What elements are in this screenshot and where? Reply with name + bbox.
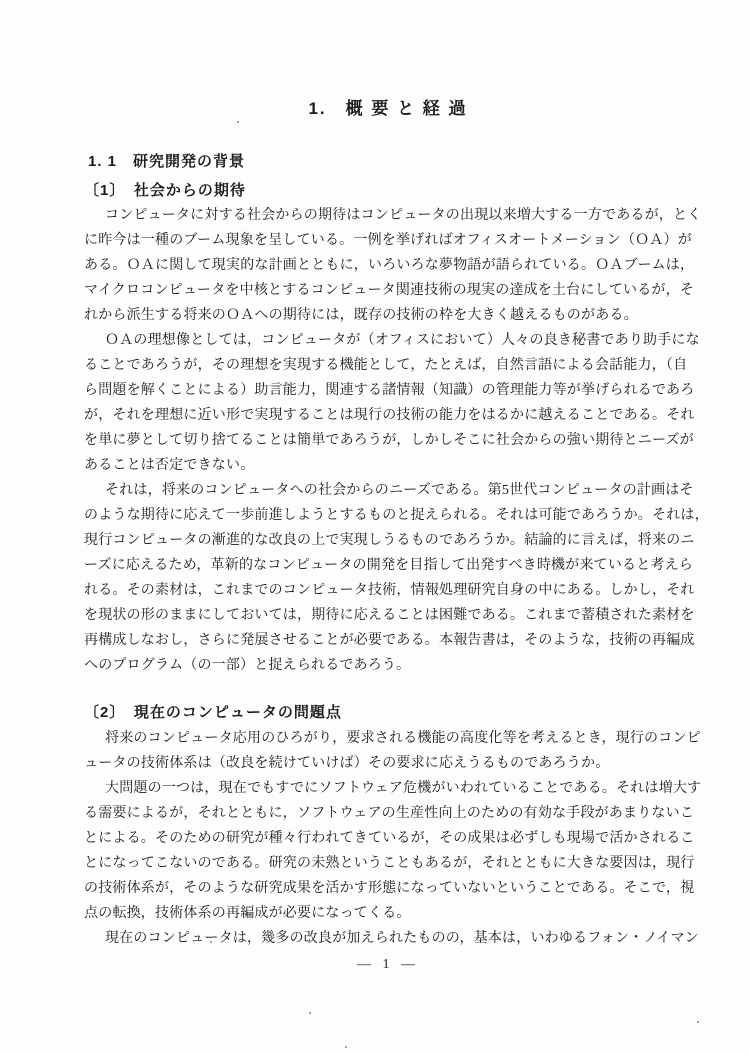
paragraph: 現在のコンピュータは，幾多の改良が加えられたものの，基本は，いわゆるフォン・ノイ… (84, 926, 696, 951)
text-line: 将来のコンピュータ応用のひろがり，要求される機能の高度化等を考えるとき，現行のコ… (84, 726, 696, 751)
text-line: へのプログラム（の一部）と捉えられるであろう。 (84, 653, 696, 678)
text-line: ＯＡの理想像としては，コンピュータが（オフィスにおいて）人々の良き秘書であり助手… (84, 328, 696, 353)
text-line: あることは否定できない。 (84, 453, 696, 478)
scan-speck (237, 121, 239, 123)
subsection-1-heading: 〔1〕 社会からの期待 (84, 179, 246, 200)
text-line: ることであろうが，その理想を実現する機能として，たとえば，自然言語による会話能力… (84, 353, 696, 378)
text-line: 再構成しなおし，さらに発展させることが必要である。本報告書は，そのような，技術の… (84, 628, 696, 653)
text-line: 点の転換，技術体系の再編成が必要になってくる。 (84, 901, 696, 926)
subsection-2-heading: 〔2〕 現在のコンピュータの問題点 (84, 701, 342, 722)
text-line: コンピュータに対する社会からの期待はコンピュータの出現以来増大する一方であるが，… (84, 203, 696, 228)
page-number: — 1 — (84, 957, 692, 973)
text-line: とになってこないのである。研究の未熟ということもあるが，それとともに大きな要因は… (84, 851, 696, 876)
scan-speck (309, 1012, 311, 1014)
text-line: に昨今は一種のブーム現象を呈している。一例を挙げればオフィスオートメーション（Ｏ… (84, 228, 696, 253)
document-page: 1. 概 要 と 経 過 1. 1 研究開発の背景 〔1〕 社会からの期待 コン… (0, 0, 750, 1054)
text-line: 現行コンピュータの漸進的な改良の上で実現しうるものであろうか。結論的に言えば，将… (84, 528, 696, 553)
text-line: ある。ＯＡに関して現実的な計画とともに，いろいろな夢物語が語られている。ＯＡブー… (84, 253, 696, 278)
text-line: が，それを理想に近い形で実現することは現行の技術の能力をはるかに越えることである… (84, 403, 696, 428)
paragraph: 将来のコンピュータ応用のひろがり，要求される機能の高度化等を考えるとき，現行のコ… (84, 726, 696, 776)
text-line: それは，将来のコンピュータへの社会からのニーズである。第5世代コンピュータの計画… (84, 478, 696, 503)
paragraph: それは，将来のコンピュータへの社会からのニーズである。第5世代コンピュータの計画… (84, 478, 696, 678)
paragraph: ＯＡの理想像としては，コンピュータが（オフィスにおいて）人々の良き秘書であり助手… (84, 328, 696, 478)
text-line: れる。その素材は，これまでのコンピュータ技術，情報処理研究自身の中にある。しかし… (84, 578, 696, 603)
paragraph: コンピュータに対する社会からの期待はコンピュータの出現以来増大する一方であるが，… (84, 203, 696, 328)
scan-speck (210, 941, 212, 943)
text-line: 大問題の一つは，現在でもすでにソフトウェア危機がいわれていることである。それは増… (84, 776, 696, 801)
scan-speck (345, 1046, 347, 1048)
text-line: る需要によるが，それとともに，ソフトウェアの生産性向上のための有効な手段があまり… (84, 801, 696, 826)
text-line: 現在のコンピュータは，幾多の改良が加えられたものの，基本は，いわゆるフォン・ノイ… (84, 926, 696, 951)
text-line: とによる。そのための研究が種々行われてきているが，その成果は必ずしも現場で活かさ… (84, 826, 696, 851)
text-line: のような期待に応えて一歩前進しようとするものと捉えられる。それは可能であろうか。… (84, 503, 696, 528)
text-line: れから派生する将来のＯＡへの期待には，既存の技術の枠を大きく越えるものがある。 (84, 303, 696, 328)
page-title: 1. 概 要 と 経 過 (84, 94, 692, 119)
paragraph: 大問題の一つは，現在でもすでにソフトウェア危機がいわれていることである。それは増… (84, 776, 696, 926)
text-line: ーズに応えるため，革新的なコンピュータの開発を目指して出発すべき時機が来ていると… (84, 553, 696, 578)
text-line: を単に夢として切り捨てることは簡単であろうが，しかしそこに社会からの強い期待とニ… (84, 428, 696, 453)
text-line: ら問題を解くことによる）助言能力，関連する諸情報（知識）の管理能力等が挙げられる… (84, 378, 696, 403)
text-line: を現状の形のままにしておいては，期待に応えることは困難である。これまで蓄積された… (84, 603, 696, 628)
text-line: マイクロコンピュータを中核とするコンピュータ関連技術の現実の達成を土台にしている… (84, 278, 696, 303)
text-line: の技術体系が，そのような研究成果を活かす形態になっていないということである。そこ… (84, 876, 696, 901)
section-heading: 1. 1 研究開発の背景 (88, 150, 245, 171)
text-line: ュータの技術体系は（改良を続けていけば）その要求に応えうるものであろうか。 (84, 751, 696, 776)
scan-speck (697, 1021, 699, 1023)
